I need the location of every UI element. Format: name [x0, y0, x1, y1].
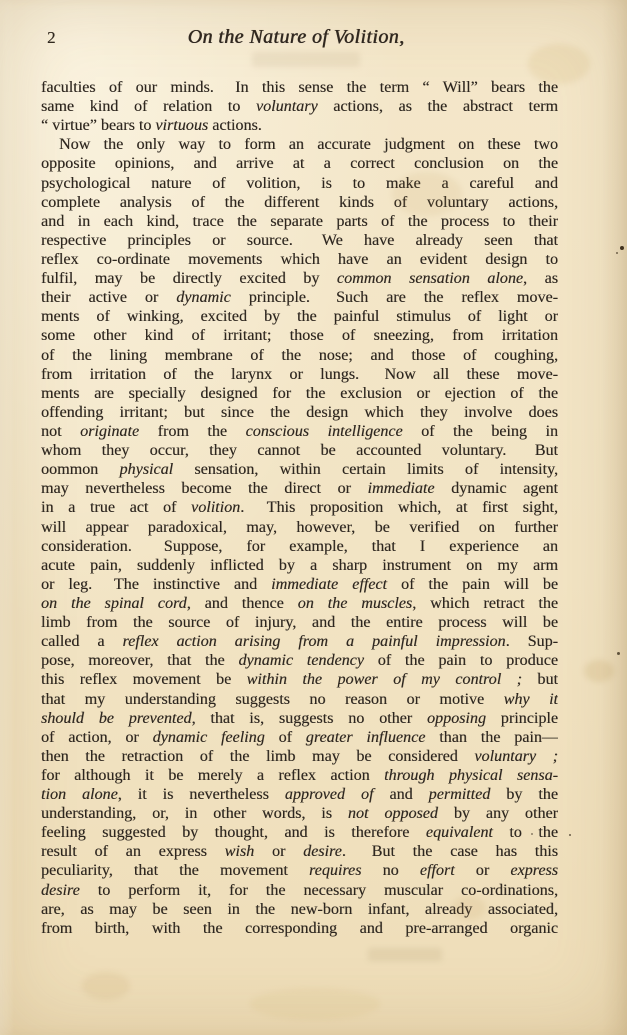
text-line: will appear paradoxical, may, however, b… [41, 518, 558, 537]
text-line: should be prevented, that is, suggests n… [41, 709, 558, 728]
text-line: result of an express wish or desire. But… [41, 842, 558, 861]
paper-stain [82, 972, 130, 1000]
ink-speck [617, 652, 620, 655]
text-line: or leg. The instinctive and immediate ef… [41, 575, 558, 594]
text-line: reflex co-ordinate movements which have … [41, 250, 558, 269]
text-line: faculties of our minds. In this sense th… [41, 78, 558, 97]
text-line: are, as may be seen in the new-born infa… [41, 900, 558, 919]
text-line: then the retraction of the limb may be c… [41, 747, 558, 766]
text-line: pose, moreover, that the dynamic tendenc… [41, 651, 558, 670]
text-line: of the lining membrane of the nose; and … [41, 346, 558, 365]
text-line: not originate from the conscious intelli… [41, 422, 558, 441]
text-line: understanding, or, in other words, is no… [41, 804, 558, 823]
ink-speck [620, 246, 624, 250]
body-text: faculties of our minds. In this sense th… [41, 78, 558, 938]
text-line: in a true act of volition. This proposit… [41, 498, 558, 517]
text-line: ments of winking, excited by the painful… [41, 307, 558, 326]
text-line: oommon physical sensation, within certai… [41, 460, 558, 479]
text-line: respective principles or source. We have… [41, 231, 558, 250]
text-line: consideration. Suppose, for example, tha… [41, 537, 558, 556]
text-line: complete analysis of the different kinds… [41, 193, 558, 212]
text-line: may nevertheless become the direct or im… [41, 479, 558, 498]
text-line: from birth, with the corresponding and p… [41, 919, 558, 938]
text-line: acute pain, suddenly inflicted by a shar… [41, 556, 558, 575]
text-line: offending irritant; but since the design… [41, 403, 558, 422]
text-line: of action, or dynamic feeling of greater… [41, 728, 558, 747]
text-line: their active or dynamic principle. Such … [41, 288, 558, 307]
text-line: opposite opinions, and arrive at a corre… [41, 154, 558, 173]
text-line: on the spinal cord, and thence on the mu… [41, 594, 558, 613]
text-line: Now the only way to form an accurate jud… [41, 135, 558, 154]
paper-stain [584, 660, 614, 682]
show-through-ghost [368, 948, 442, 961]
text-line: desire to perform it, for the necessary … [41, 881, 558, 900]
text-line: for although it be merely a reflex actio… [41, 766, 558, 785]
text-line: peculiarity, that the movement requires … [41, 861, 558, 880]
show-through-ghost [252, 52, 360, 67]
text-line: that my understanding suggests no reason… [41, 690, 558, 709]
text-line: same kind of relation to voluntary actio… [41, 97, 558, 116]
ink-speck [569, 834, 571, 836]
ink-speck [616, 252, 618, 254]
running-title: On the Nature of Volition, [188, 25, 405, 49]
text-line: from irritation of the larynx or lungs. … [41, 365, 558, 384]
text-line: limb from the source of injury, and the … [41, 613, 558, 632]
text-line: and in each kind, trace the separate par… [41, 212, 558, 231]
paper-stain [250, 988, 380, 1020]
text-line: “ virtue” bears to virtuous actions. [41, 116, 558, 135]
text-line: fulfil, may be directly excited by commo… [41, 269, 558, 288]
text-line: this reflex movement be within the power… [41, 670, 558, 689]
text-line: whom they occur, they cannot be accounte… [41, 441, 558, 460]
book-page-scan: 2 On the Nature of Volition, faculties o… [0, 0, 627, 1035]
text-line: ments are specially designed for the exc… [41, 384, 558, 403]
text-line: tion alone, it is nevertheless approved … [41, 785, 558, 804]
text-line: some other kind of irritant; those of sn… [41, 326, 558, 345]
text-line: called a reflex action arising from a pa… [41, 632, 558, 651]
text-line: psychological nature of volition, is to … [41, 174, 558, 193]
text-line: feeling suggested by thought, and is the… [41, 823, 558, 842]
page-number: 2 [47, 28, 56, 48]
